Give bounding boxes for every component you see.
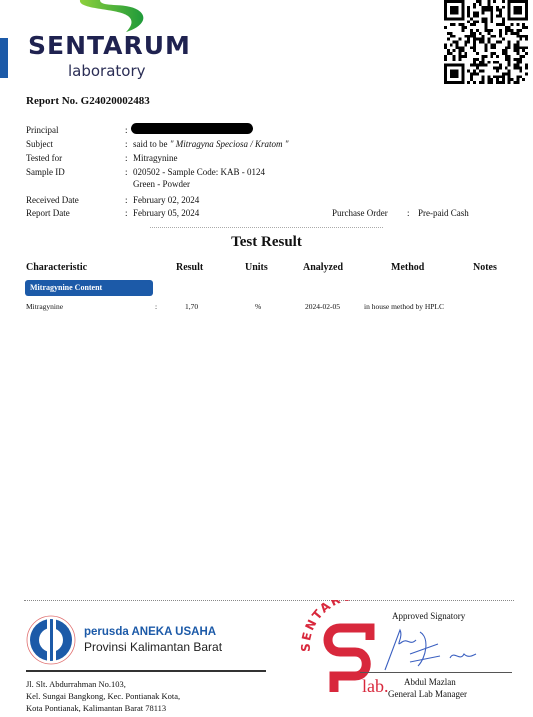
leaf-logo-icon: [78, 0, 158, 32]
signature-icon: [380, 628, 510, 673]
purchase-order-value: Pre-paid Cash: [418, 207, 469, 219]
col-characteristic: Characteristic: [26, 262, 87, 273]
signer-title: General Lab Manager: [388, 689, 467, 699]
col-analyzed: Analyzed: [303, 262, 343, 273]
info-label: Principal: [26, 124, 59, 136]
brand-side-bar: [0, 38, 8, 78]
col-result: Result: [176, 262, 203, 273]
divider: [150, 227, 383, 228]
redacted-principal: [131, 123, 253, 134]
company-underline: [26, 670, 266, 672]
col-units: Units: [245, 262, 268, 273]
col-notes: Notes: [473, 262, 497, 273]
aneka-usaha-logo-icon: [26, 615, 76, 665]
signature-line: [360, 672, 512, 673]
svg-text:lab.: lab.: [362, 676, 389, 696]
signer-name: Abdul Mazlan: [404, 677, 456, 687]
report-number: Report No. G24020002483: [26, 95, 150, 107]
brand-subtitle: laboratory: [68, 62, 146, 80]
approved-signatory-label: Approved Signatory: [392, 611, 465, 621]
footer-divider: [24, 600, 514, 601]
brand-name: SENTARUM: [28, 33, 191, 59]
test-result-title: Test Result: [0, 234, 533, 251]
company-name: perusda ANEKA USAHA: [84, 626, 216, 638]
section-mitragynine-content: Mitragynine Content: [25, 280, 153, 296]
company-province: Provinsi Kalimantan Barat: [84, 640, 222, 654]
col-method: Method: [391, 262, 424, 273]
purchase-order-label: Purchase Order: [332, 207, 388, 219]
company-address: Jl. Slt. Abdurrahman No.103, Kel. Sungai…: [26, 678, 180, 714]
qr-code-icon: [443, 0, 529, 84]
